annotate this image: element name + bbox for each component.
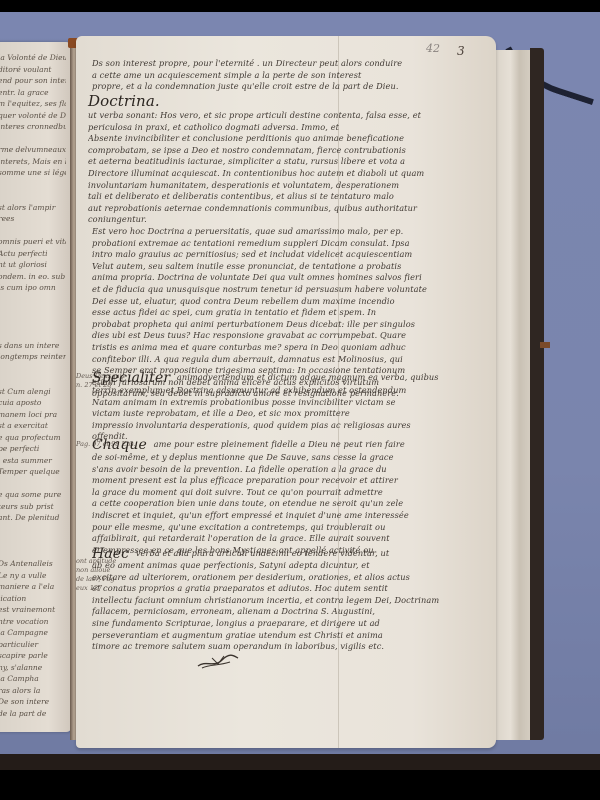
left-page-line: end pour son interet [0, 75, 66, 87]
left-page-line: Temper quelque [0, 466, 66, 478]
text-line: esse actus fidei ac spei, cum gratia in … [92, 307, 492, 319]
left-page-line: Actu perfecti [0, 248, 66, 260]
left-page-line [0, 328, 66, 340]
section-doctrina: Doctrina. ut verba sonant: Hos vero, et … [88, 92, 488, 226]
left-page-line: st alors l'ampir [0, 202, 66, 214]
text-line: sine fundamento Scripturae, longius a pr… [92, 618, 492, 630]
left-page-line: Ds Antenalleis [0, 558, 66, 570]
left-page-line: maniere a l'ela [0, 581, 66, 593]
left-page-line: m l'equitez, ses flamm [0, 98, 66, 110]
left-page-line [0, 524, 66, 536]
text-line: excitare ad ulteriorem, orationem per de… [92, 572, 492, 584]
text-line: perseverantiam et augmentum gratiae uten… [92, 630, 492, 642]
text-line: aut reprobationis aeternae condemnationi… [88, 203, 488, 215]
left-page-line: st Cum alengi [0, 386, 66, 398]
intro-paragraph: Ds son interest propre, pour l'eternité … [92, 58, 492, 93]
text-line: impressio involuntaria desperationis, qu… [92, 420, 492, 432]
text-line: ame pour estre pleinement fidelle a Dieu… [154, 439, 405, 449]
text-line: Ds son interest propre, pour l'eternité … [92, 58, 492, 70]
text-line: Est vero hoc Doctrina a peruersitatis, q… [92, 226, 492, 238]
text-line: verba et alia plura articuli undecimi eo… [136, 548, 390, 558]
left-page-line: rees [0, 213, 66, 225]
text-line: comprobatam, se ipse a Deo et nostro con… [88, 145, 488, 157]
text-line: affaiblirait, qui retarderait l'operatio… [92, 533, 492, 545]
left-page-line: entr. la grace [0, 87, 66, 99]
text-line: animadvertendum et dictum adque magnum e… [177, 372, 439, 382]
left-page-line: ntre vocation [0, 616, 66, 628]
left-page-line [0, 190, 66, 202]
text-line: Natam animam in extremis probationibus p… [92, 397, 492, 409]
left-page-line [0, 478, 66, 490]
section-heading: Specialiter [92, 371, 170, 385]
left-page-line: s dans un intere [0, 340, 66, 352]
text-line: probationi extremae ac tentationi remedi… [92, 238, 492, 250]
left-page-line: quer volonté de Dieu [0, 110, 66, 122]
left-page-line: De son intere [0, 696, 66, 708]
photo-scene: la Volonté de Dieuditoré voulantend pour… [0, 12, 600, 770]
left-page-text: la Volonté de Dieuditoré voulantend pour… [0, 52, 66, 719]
text-line: confitebor illi. A qua regula dum aberra… [92, 354, 492, 366]
section-heading: Chaque [92, 437, 147, 452]
left-page-line: la Volonté de Dieu [0, 52, 66, 64]
left-page-line: particulier [0, 639, 66, 651]
left-page-line: est vrainemont [0, 604, 66, 616]
left-page-line: manem loci pra [0, 409, 66, 421]
left-page-line: teurs sub prist [0, 501, 66, 513]
left-page-line: e qua some pure [0, 489, 66, 501]
left-page-line: interes cronnedbure [0, 121, 66, 133]
text-line: Dei esse ut, eluatur, quod contra Deum r… [92, 296, 492, 308]
folio-number-pencil: 42 [426, 42, 440, 55]
left-page-line: e qua profectum [0, 432, 66, 444]
left-page-line: i esta summer [0, 455, 66, 467]
left-page-line: ny, s'alanne [0, 662, 66, 674]
left-page-line: pe perfecti [0, 443, 66, 455]
text-line: a cette cooperation bien unie dans toute… [92, 498, 492, 510]
text-line: intellectu faciunt omnium christianorum … [92, 595, 492, 607]
letterbox-top [0, 0, 600, 12]
text-line: et de fiducia qua unusquisque nostrum te… [92, 284, 492, 296]
text-line: ab eo ament animas quae perfectionis, Sa… [92, 560, 492, 572]
left-page-line [0, 317, 66, 329]
section-specialiter: Specialiter animadvertendum et dictum ad… [92, 370, 492, 443]
left-page-line: cuia aposto [0, 397, 66, 409]
left-page-line [0, 547, 66, 559]
left-page-line: interets, Mais en l'a [0, 156, 66, 168]
text-line: anima propria. Doctrina de voluntate Dei… [92, 272, 492, 284]
text-line: victam iuste reprobatam, et ille a Deo, … [92, 408, 492, 420]
left-page-line: la Campagne [0, 627, 66, 639]
text-line: timore ac tremore salutem suam operandum… [92, 641, 492, 653]
left-page-line: ant. De plenitud [0, 512, 66, 524]
text-line: terrin exemplum et Doctrina adsumuntur a… [92, 385, 492, 397]
text-line: Velut autem, seu saltem inutile esse pro… [92, 261, 492, 273]
text-line: involuntariam humanitatem, desperationis… [88, 180, 488, 192]
left-page-line [0, 225, 66, 237]
text-line: a cette ame un acquiescement simple a la… [92, 70, 492, 82]
text-line: intro malo grauius ac pernitiosius; sed … [92, 249, 492, 261]
text-line: coniungentur. [88, 214, 488, 226]
text-line: indiscret et inquiet, qu'un effort empre… [92, 510, 492, 522]
text-line: et conatus proprios a gratia praeparatos… [92, 583, 492, 595]
left-page-line: st a exercitat [0, 420, 66, 432]
left-page-line: rme delvumneaux [0, 144, 66, 156]
text-line: ut verba sonant: Hos vero, et sic prope … [88, 110, 488, 122]
signature-paraph-icon [196, 652, 240, 670]
section-haec: Haec verba et alia plura articuli undeci… [92, 546, 492, 653]
left-page-line: somme une si légere [0, 167, 66, 179]
left-page: la Volonté de Dieuditoré voulantend pour… [0, 42, 72, 732]
left-page-line [0, 294, 66, 306]
left-page-line: ras alors la [0, 685, 66, 697]
folio-number-ink: 3 [457, 44, 465, 58]
text-line: la grace du moment qui doit suivre. Tout… [92, 487, 492, 499]
left-page-line [0, 305, 66, 317]
book-cover-edge [530, 48, 544, 740]
text-line: probabat propheta qui animi perturbation… [92, 319, 492, 331]
left-page-line [0, 374, 66, 386]
text-line: et aeterna beatitudinis iacturae, simpli… [88, 156, 488, 168]
text-line: fallacem, perniciosam, erroneam, alienam… [92, 606, 492, 618]
left-page-line [0, 179, 66, 191]
letterbox-bottom [0, 788, 600, 800]
left-page-line [0, 363, 66, 375]
cover-clasp [540, 342, 550, 348]
left-page-line: ls cum ipo omn [0, 282, 66, 294]
text-line: tristis es anima mea et quare conturbas … [92, 342, 492, 354]
text-line: moment present est la plus efficace prep… [92, 475, 492, 487]
left-page-line: longtemps reinter [0, 351, 66, 363]
left-page-line: nt ut gloriosi [0, 259, 66, 271]
text-line: Directore illuminat acquiescat. In conte… [88, 168, 488, 180]
left-page-line: scapire parle [0, 650, 66, 662]
left-page-line: la Campha [0, 673, 66, 685]
left-page-line [0, 133, 66, 145]
text-line: tali et deliberato et deliberatis conten… [88, 191, 488, 203]
text-line: de soi-même, et y deplus mentionne que D… [92, 452, 492, 464]
left-page-line: omnis pueri et vita [0, 236, 66, 248]
text-line: pour elle mesme, qu'une excitation a con… [92, 522, 492, 534]
section-heading: Haec [92, 547, 129, 560]
text-line: periculosa in praxi, et catholico dogmat… [88, 122, 488, 134]
text-line: Absente invincibiliter et conclusione pe… [88, 133, 488, 145]
left-page-line: ditoré voulant [0, 64, 66, 76]
section-heading: Doctrina. [88, 92, 488, 110]
left-page-line: Le ny a vulle [0, 570, 66, 582]
table-edge [0, 754, 600, 770]
text-line: s'ans avoir besoin de la prevention. La … [92, 464, 492, 476]
text-line: dies ubi est Deus tuus? Hac responsione … [92, 330, 492, 342]
section-chaque: Chaque ame pour estre pleinement fidelle… [92, 436, 492, 556]
left-page-line [0, 535, 66, 547]
left-page-line: lication [0, 593, 66, 605]
left-page-line: de la part de [0, 708, 66, 720]
left-page-line: ondem. in eo. sub [0, 271, 66, 283]
